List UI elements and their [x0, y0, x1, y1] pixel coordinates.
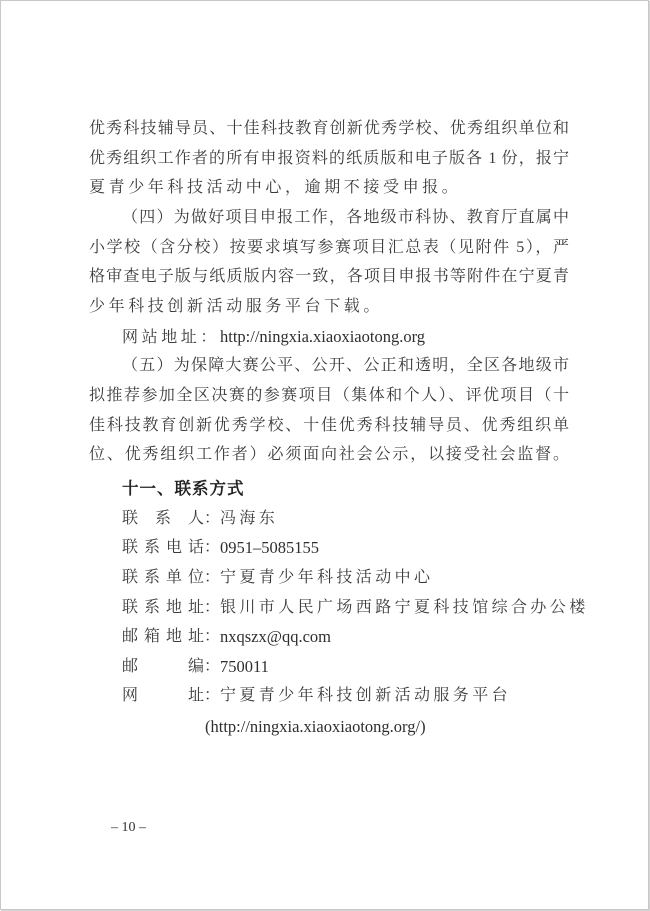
- contact-email-link[interactable]: nxqszx@qq.com: [220, 626, 331, 648]
- paragraph-line: 佳科技教育创新优秀学校、十佳优秀科技辅导员、优秀组织单: [89, 415, 569, 437]
- paragraph-line: 格审查电子版与纸质版内容一致，各项目申报书等附件在宁夏青: [89, 266, 569, 288]
- paragraph-line: 位、优秀组织工作者）必须面向社会公示，以接受社会监督。: [89, 444, 569, 466]
- contact-key: 邮编: [122, 656, 204, 678]
- paragraph-line: （五）为保障大赛公平、公开、公正和透明，全区各地级市: [122, 355, 569, 377]
- document-page: 优秀科技辅导员、十佳科技教育创新优秀学校、优秀组织单位和 优秀组织工作者的所有申…: [0, 0, 649, 910]
- contact-key: 网址: [122, 685, 204, 707]
- contact-row-email: 邮箱地址：nxqszx@qq.com: [122, 626, 331, 648]
- contact-value: 宁夏青少年科技活动中心: [220, 567, 433, 589]
- contact-value: 银川市人民广场西路宁夏科技馆综合办公楼: [220, 597, 589, 619]
- colon: ：: [204, 656, 220, 678]
- colon: ：: [204, 567, 220, 589]
- contact-value: 750011: [220, 656, 269, 678]
- page-number: – 10 –: [111, 820, 146, 836]
- contact-key: 联系地址: [122, 597, 204, 619]
- colon: ：: [204, 626, 220, 648]
- colon: ：: [204, 508, 220, 530]
- contact-key: 联系人: [122, 508, 204, 530]
- colon: ：: [204, 537, 220, 559]
- contact-value: 宁夏青少年科技创新活动服务平台: [220, 685, 511, 707]
- contact-row-person: 联系人：冯海东: [122, 508, 278, 530]
- colon: ：: [204, 597, 220, 619]
- contact-phone[interactable]: 0951–5085155: [220, 537, 319, 559]
- contact-key: 邮箱地址: [122, 626, 204, 648]
- paragraph-line: （四）为做好项目申报工作，各地级市科协、教育厅直属中: [122, 207, 569, 229]
- contact-value: 冯海东: [220, 508, 278, 530]
- paragraph-line: 拟推荐参加全区决赛的参赛项目（集体和个人）、评优项目（十: [89, 385, 569, 407]
- paragraph-line: 小学校（含分校）按要求填写参赛项目汇总表（见附件 5），严: [89, 237, 569, 259]
- website-line: 网站地址：http://ningxia.xiaoxiaotong.org: [122, 326, 602, 348]
- contact-row-website: 网址：宁夏青少年科技创新活动服务平台: [122, 685, 511, 707]
- contact-key: 联系单位: [122, 567, 204, 589]
- paragraph-line: 优秀组织工作者的所有申报资料的纸质版和电子版各 1 份，报宁: [89, 148, 569, 170]
- contact-row-address: 联系地址：银川市人民广场西路宁夏科技馆综合办公楼: [122, 597, 589, 619]
- contact-key: 联系电话: [122, 537, 204, 559]
- section-heading: 十一、联系方式: [122, 478, 245, 500]
- contact-row-phone: 联系电话：0951–5085155: [122, 537, 319, 559]
- contact-row-organization: 联系单位：宁夏青少年科技活动中心: [122, 567, 433, 589]
- paragraph-line: 夏青少年科技活动中心，逾期不接受申报。: [89, 177, 569, 199]
- website-url-link[interactable]: http://ningxia.xiaoxiaotong.org: [220, 327, 425, 346]
- contact-row-postcode: 邮编：750011: [122, 656, 269, 678]
- colon: ：: [204, 685, 220, 707]
- website-label: 网站地址：: [122, 327, 220, 349]
- contact-website-url-link[interactable]: (http://ningxia.xiaoxiaotong.org/): [205, 716, 426, 738]
- paragraph-line: 少年科技创新活动服务平台下载。: [89, 296, 569, 318]
- paragraph-line: 优秀科技辅导员、十佳科技教育创新优秀学校、优秀组织单位和: [89, 118, 569, 140]
